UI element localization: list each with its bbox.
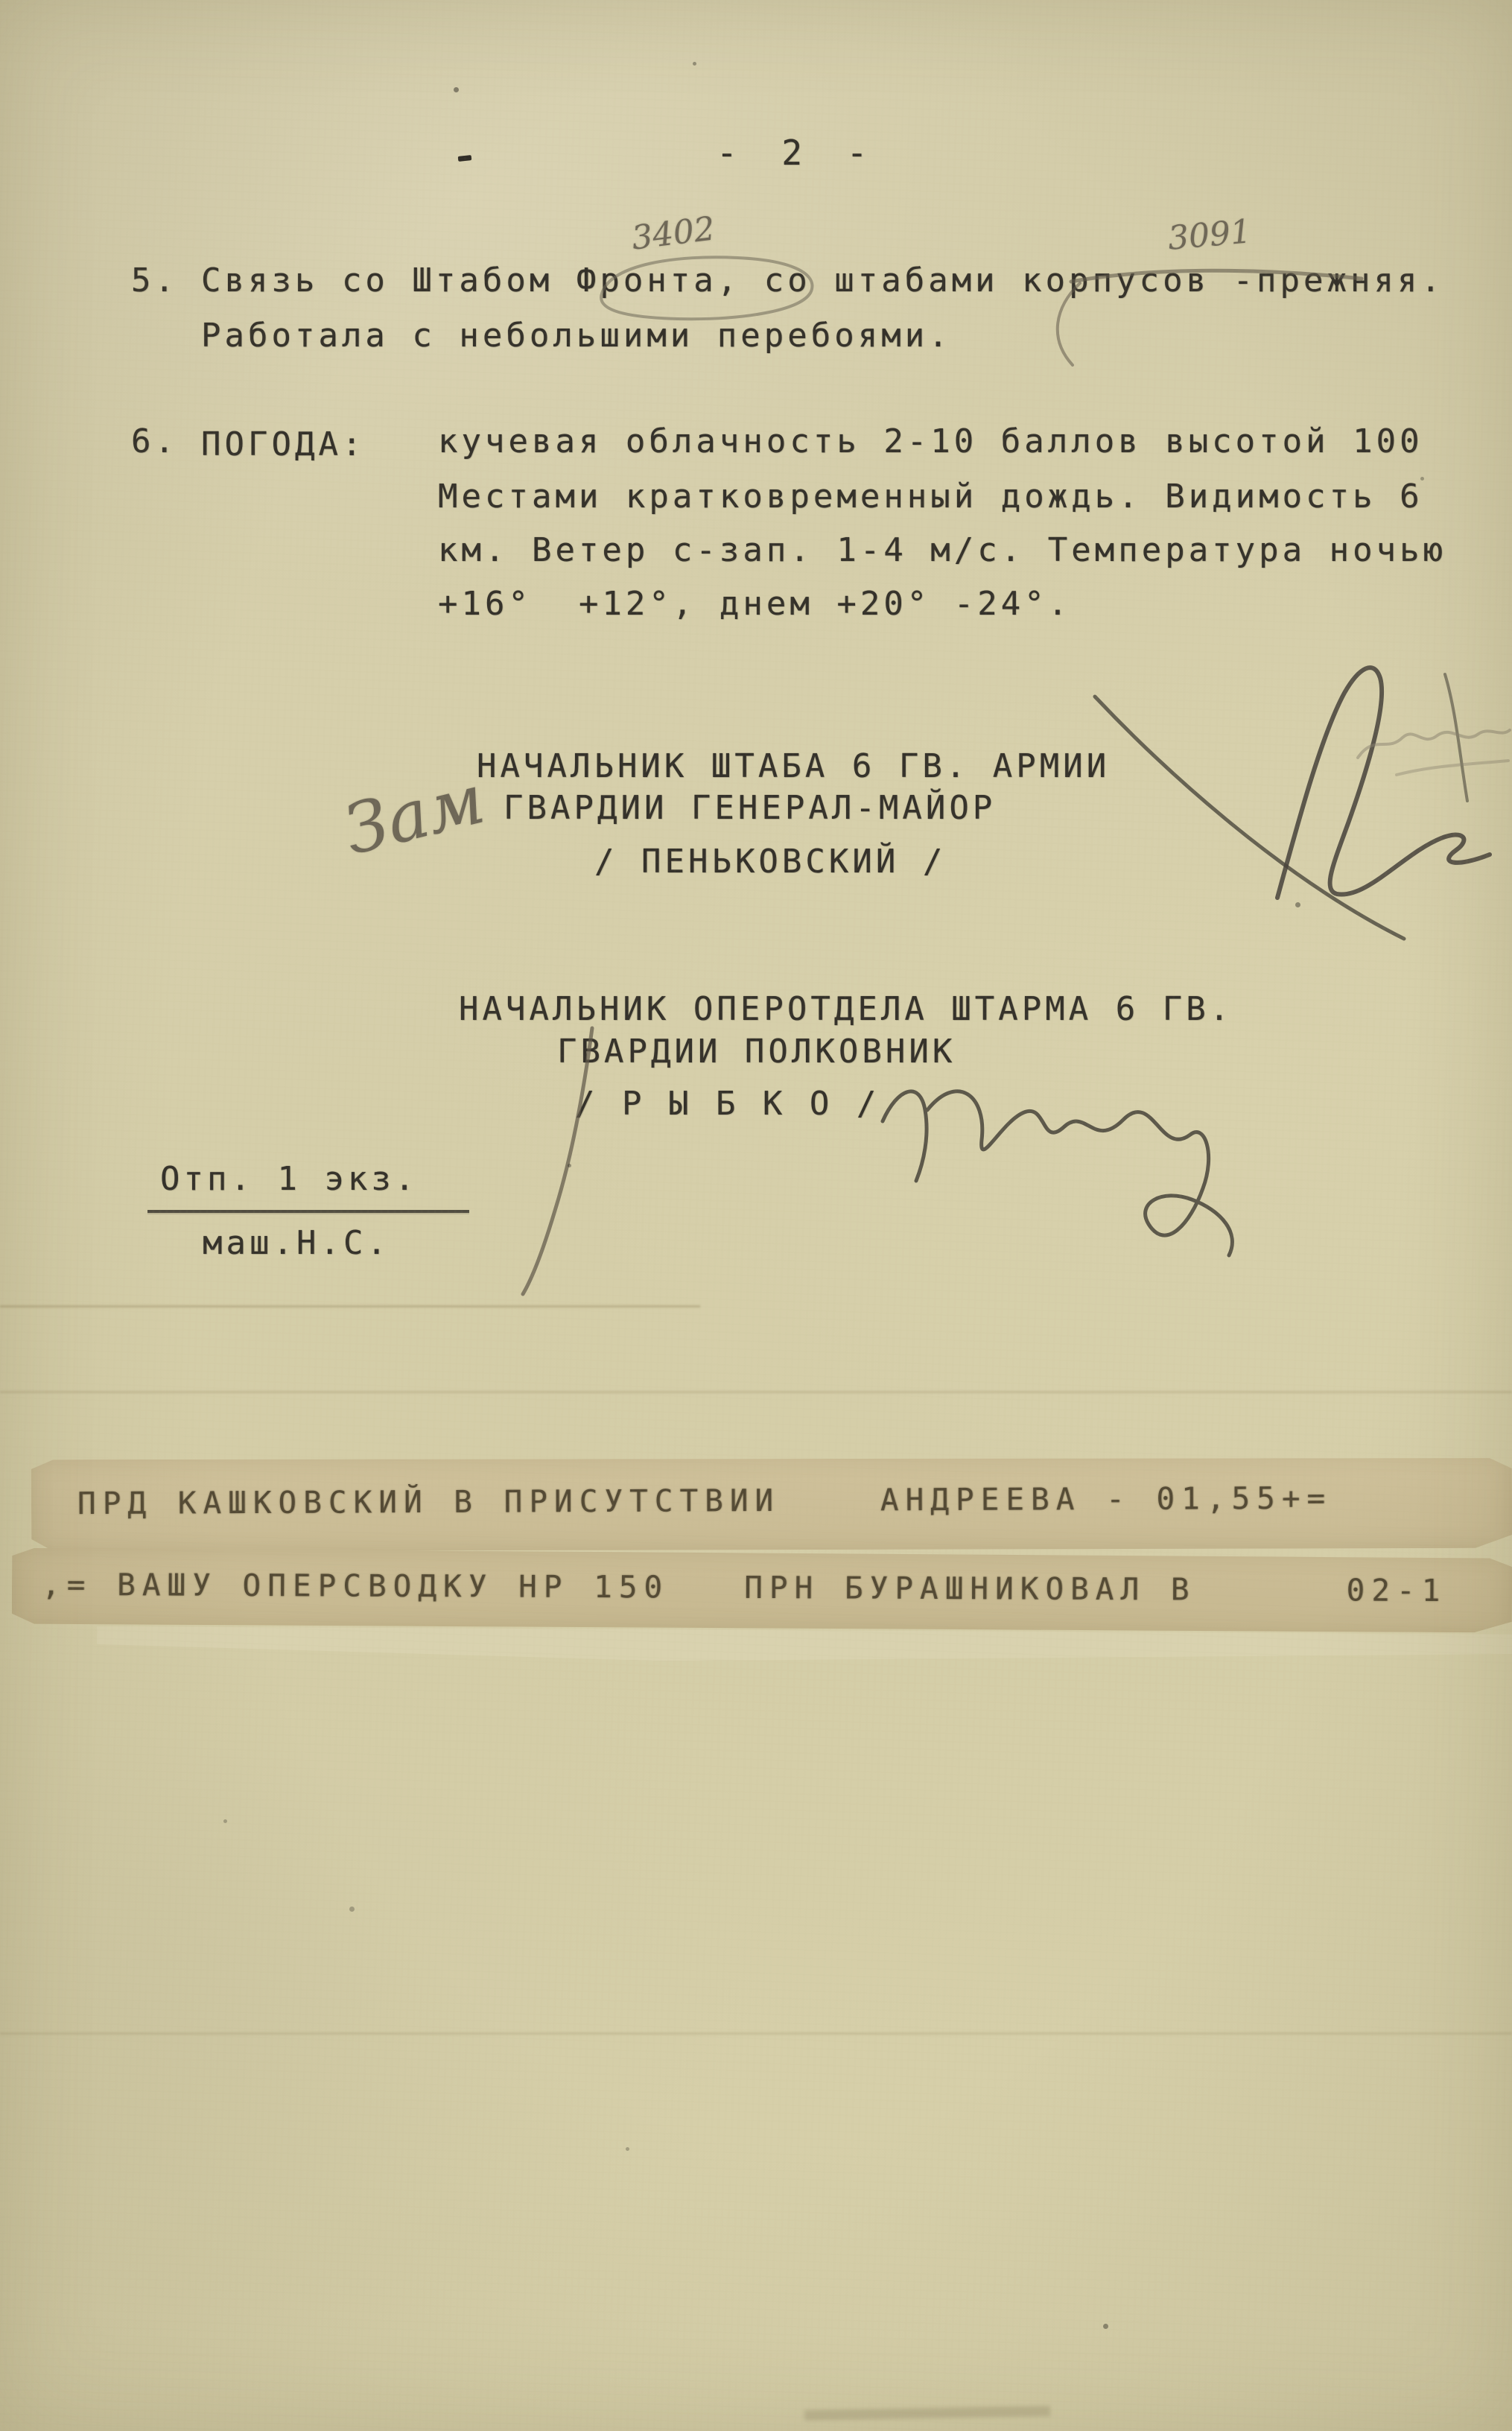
pencil-oval-around-fronta xyxy=(588,250,823,325)
weather-line-3: км. Ветер с-зап. 1-4 м/с. Температура но… xyxy=(438,530,1446,571)
item-5-line-2: Работала с небольшими перебоями. xyxy=(201,316,952,356)
pencil-smudge xyxy=(804,2406,1050,2421)
ink-speckles xyxy=(0,0,4,4)
telegraph-line-2: ,= ВАШУ ОПЕРСВОДКУ НР 150 ПРН БУРАШНИКОВ… xyxy=(42,1566,1447,1609)
rybko-signature xyxy=(871,1032,1266,1293)
signature1-line-2: ГВАРДИИ ГЕНЕРАЛ-МАЙОР xyxy=(504,788,996,828)
typist-note: маш.Н.С. xyxy=(203,1223,390,1264)
crease-line xyxy=(0,1305,700,1308)
telegraph-tape-strip-2: ,= ВАШУ ОПЕРСВОДКУ НР 150 ПРН БУРАШНИКОВ… xyxy=(12,1548,1512,1633)
crease-line xyxy=(0,2032,1512,2035)
signature2-line-3: / Р Ы Б К О / xyxy=(575,1084,880,1124)
weather-line-1: кучевая облачность 2-10 баллов высотой 1… xyxy=(438,422,1423,462)
ink-dash-mark xyxy=(458,155,472,162)
penkovsky-signature xyxy=(1054,652,1493,957)
item-6-number: 6. xyxy=(131,422,178,462)
tape-fragment-torn-edge xyxy=(97,1626,1512,1664)
telegraph-tape-strip-1: ПРД КАШКОВСКИЙ В ПРИСУТСТВИИ АНДРЕЕВА - … xyxy=(31,1454,1512,1555)
weather-line-4: +16° +12°, днем +20° -24°. xyxy=(438,584,1071,624)
pencil-stroke-mark xyxy=(514,1017,618,1300)
signature1-line-3: / ПЕНЬКОВСКИЙ / xyxy=(594,842,946,882)
telegraph-line-1: ПРД КАШКОВСКИЙ В ПРИСУТСТВИИ АНДРЕЕВА - … xyxy=(77,1480,1332,1522)
handwritten-zam-note: Зам xyxy=(337,759,492,870)
item-6-label: ПОГОДА: xyxy=(201,425,365,465)
crease-line xyxy=(0,1391,1512,1393)
page-number: - 2 - xyxy=(717,133,879,173)
faint-pencil-scribble xyxy=(1352,711,1512,779)
scanned-document-page: { "document": { "page_number": "- 2 -", … xyxy=(0,0,1512,2431)
signature1-line-1: НАЧАЛЬНИК ШТАБА 6 ГВ. АРМИИ xyxy=(477,747,1110,787)
copies-note: Отп. 1 экз. xyxy=(160,1159,418,1199)
copies-note-underline xyxy=(147,1210,469,1213)
item-5-number: 5. xyxy=(131,261,178,301)
pencil-mark-over-korpusov xyxy=(1041,261,1376,373)
handwritten-number-3091: 3091 xyxy=(1166,212,1253,258)
weather-line-2: Местами кратковременный дождь. Видимость… xyxy=(438,477,1423,517)
